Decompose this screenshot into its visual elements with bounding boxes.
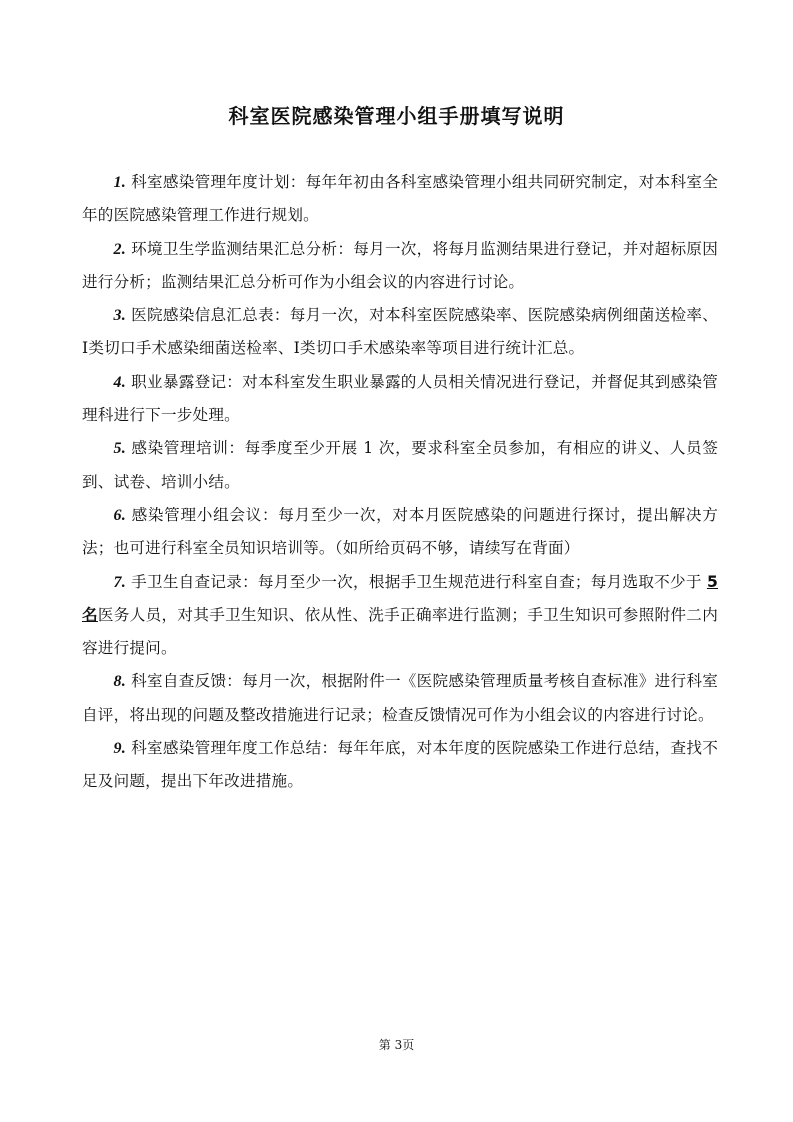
item-6: 6. 感染管理小组会议：每月至少一次，对本月医院感染的问题进行探讨，提出解决方法… xyxy=(82,499,718,566)
item-7: 7. 手卫生自查记录：每月至少一次，根据手卫生规范进行科室自查；每月选取不少于 … xyxy=(82,566,718,666)
item-number: 5. xyxy=(114,440,126,457)
item-number: 7. xyxy=(114,574,126,591)
item-text: 感染管理培训：每季度至少开展 1 次，要求科室全员参加，有相应的讲义、人员签到、… xyxy=(82,439,718,490)
item-4: 4. 职业暴露登记：对本科室发生职业暴露的人员相关情况进行登记，并督促其到感染管… xyxy=(82,366,718,433)
page-number: 第 3页 xyxy=(0,1036,793,1053)
item-number: 9. xyxy=(114,740,126,757)
item-3: 3. 医院感染信息汇总表：每月一次，对本科室医院感染率、医院感染病例细菌送检率、… xyxy=(82,299,718,366)
item-number: 2. xyxy=(114,241,126,258)
item-text: 科室感染管理年度工作总结：每年年底，对本年度的医院感染工作进行总结，查找不足及问… xyxy=(82,739,718,790)
item-text: 医院感染信息汇总表：每月一次，对本科室医院感染率、医院感染病例细菌送检率、Ⅰ类切… xyxy=(82,306,718,357)
item-number: 3. xyxy=(114,307,126,324)
item-8: 8. 科室自查反馈：每月一次，根据附件一《医院感染管理质量考核自查标准》进行科室… xyxy=(82,665,718,732)
item-2: 2. 环境卫生学监测结果汇总分析：每月一次，将每月监测结果进行登记，并对超标原因… xyxy=(82,233,718,300)
item-1: 1. 科室感染管理年度计划：每年年初由各科室感染管理小组共同研究制定，对本科室全… xyxy=(82,166,718,233)
item-number: 1. xyxy=(114,174,126,191)
item-text: 职业暴露登记：对本科室发生职业暴露的人员相关情况进行登记，并督促其到感染管理科进… xyxy=(82,373,718,424)
item-text-after: 医务人员，对其手卫生知识、依从性、洗手正确率进行监测；手卫生知识可参照附件二内容… xyxy=(82,606,718,657)
item-text: 科室感染管理年度计划：每年年初由各科室感染管理小组共同研究制定，对本科室全年的医… xyxy=(82,173,718,224)
item-text: 科室自查反馈：每月一次，根据附件一《医院感染管理质量考核自查标准》进行科室自评，… xyxy=(82,672,718,723)
item-number: 4. xyxy=(114,374,126,391)
item-number: 6. xyxy=(114,507,126,524)
item-number: 8. xyxy=(114,673,126,690)
item-text: 环境卫生学监测结果汇总分析：每月一次，将每月监测结果进行登记，并对超标原因进行分… xyxy=(82,240,718,291)
item-text-before: 手卫生自查记录：每月至少一次，根据手卫生规范进行科室自查；每月选取不少于 xyxy=(126,573,707,591)
instructions-list: 1. 科室感染管理年度计划：每年年初由各科室感染管理小组共同研究制定，对本科室全… xyxy=(82,166,718,799)
item-5: 5. 感染管理培训：每季度至少开展 1 次，要求科室全员参加，有相应的讲义、人员… xyxy=(82,432,718,499)
item-9: 9. 科室感染管理年度工作总结：每年年底，对本年度的医院感染工作进行总结，查找不… xyxy=(82,732,718,799)
item-text: 感染管理小组会议：每月至少一次，对本月医院感染的问题进行探讨，提出解决方法；也可… xyxy=(82,506,718,557)
page-title: 科室医院感染管理小组手册填写说明 xyxy=(0,100,793,129)
